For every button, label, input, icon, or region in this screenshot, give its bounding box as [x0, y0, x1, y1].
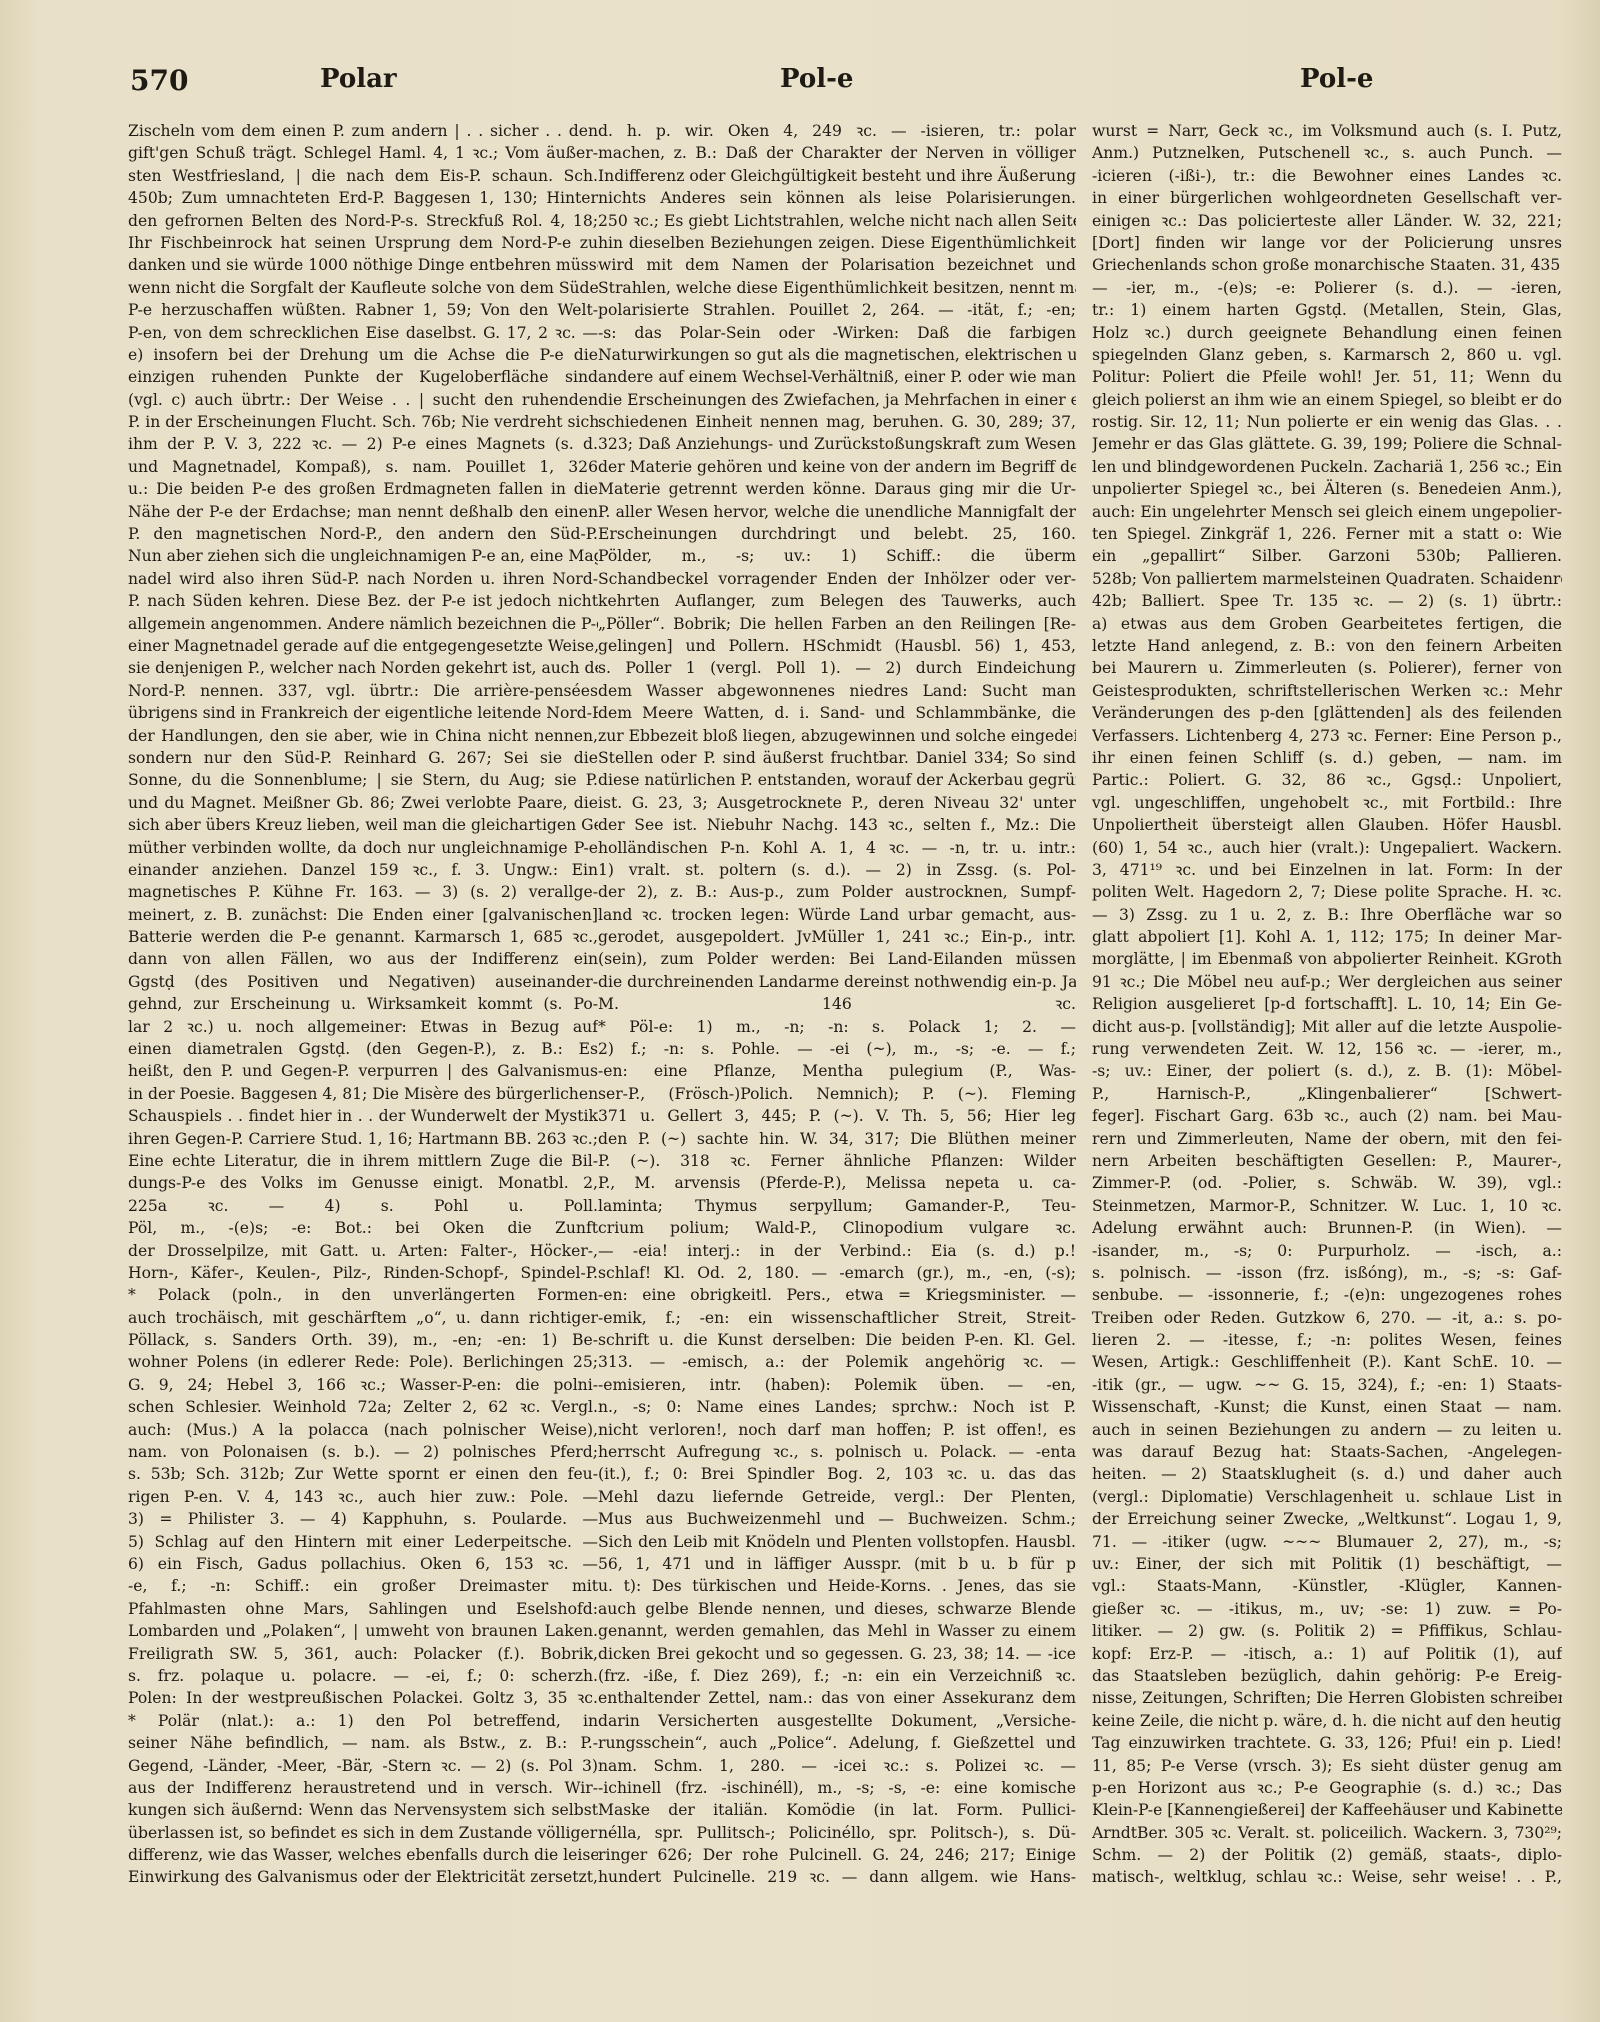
text-line: (sein), zum Polder werden: Bei Land-Eila… — [598, 948, 1076, 970]
text-line: müther verbinden wollte, da doch nur ung… — [128, 837, 598, 859]
text-line: Nord-P. nennen. 337, vgl. übrtr.: Die ar… — [128, 680, 598, 702]
text-line: gießer ꝛc. — -itikus, m., uv; -se: 1) zu… — [1092, 1598, 1562, 1620]
text-line: nam. von Polonaisen (s. b.). — 2) polnis… — [128, 1441, 598, 1463]
text-line: wenn nicht die Sorgfalt der Kaufleute so… — [128, 277, 598, 299]
text-line: ArndtBer. 305 ꝛc. Veralt. st. policeilic… — [1092, 1822, 1562, 1844]
text-line: laminta; Thymus serpyllum; Gamander-P., … — [598, 1195, 1076, 1217]
text-line: Pölder, m., -s; uv.: 1) Schiff.: die übe… — [598, 545, 1076, 567]
text-line: Partic.: Poliert. G. 32, 86 ꝛc., Ggsḍ.: … — [1092, 769, 1562, 791]
text-line: nélla, spr. Pullitsch-; Policinéllo, spr… — [598, 1822, 1076, 1844]
text-line: diese natürlichen P. entstanden, worauf … — [598, 769, 1076, 791]
text-line: u.: Die beiden P-e des großen Erdmagnete… — [128, 478, 598, 500]
text-line: Geistesprodukten, schriftstellerischen W… — [1092, 680, 1562, 702]
text-line: in einer bürgerlichen wohlgeordneten Ges… — [1092, 187, 1562, 209]
text-line: den gefrornen Belten des Nord-P-s. Strec… — [128, 210, 598, 232]
text-line: Zimmer-P. (od. -Polier, s. Schwäb. W. 39… — [1092, 1172, 1562, 1194]
text-line: nern Arbeiten beschäftigten Gesellen: P.… — [1092, 1150, 1562, 1172]
text-line: 371 u. Gellert 3, 445; P. (~). V. Th. 5,… — [598, 1105, 1076, 1127]
text-line: -e, f.; -n: Schiff.: ein großer Dreimast… — [128, 1575, 598, 1597]
text-line: 1) vralt. st. poltern (s. d.). — 2) in Z… — [598, 859, 1076, 881]
text-line: ein „gepallirt“ Silber. Garzoni 530b; Pa… — [1092, 545, 1562, 567]
text-line: auch trochäisch, mit geschärftem „o“, u.… — [128, 1307, 598, 1329]
text-line: ist. G. 23, 3; Ausgetrocknete P., deren … — [598, 792, 1076, 814]
text-line: Gegend, -Länder, -Meer, -Bär, -Stern ꝛc.… — [128, 1755, 598, 1777]
text-line: Naturwirkungen so gut als die magnetisch… — [598, 344, 1076, 366]
text-line: die Erscheinungen des Zwiefachen, ja Meh… — [598, 389, 1076, 411]
text-line: einzigen ruhenden Punkte der Kugeloberfl… — [128, 366, 598, 388]
text-line: heißt, den P. und Gegen-P. verpurren | d… — [128, 1060, 598, 1082]
text-line: machen, z. B.: Daß der Charakter der Ner… — [598, 142, 1076, 164]
text-line: polarisierte Strahlen. Pouillet 2, 264. … — [598, 299, 1076, 321]
text-line: s. polnisch. — -isson (frz. isßóng), m.,… — [1092, 1262, 1562, 1284]
text-line: -ichinell (frz. -ischinéll), m., -s; -s,… — [598, 1777, 1076, 1799]
text-line: -s: das Polar-Sein oder -Wirken: Daß die… — [598, 322, 1076, 344]
text-line: auch: (Mus.) A la polacca (nach polnisch… — [128, 1419, 598, 1441]
text-line: Einwirkung des Galvanismus oder der Elek… — [128, 1866, 598, 1888]
text-line: enthaltender Zettel, nam.: das von einer… — [598, 1687, 1076, 1709]
text-line: a) etwas aus dem Groben Gearbeitetes fer… — [1092, 613, 1562, 635]
text-line: kungen sich äußernd: Wenn das Nervensyst… — [128, 1799, 598, 1821]
text-line: e) insofern bei der Drehung um die Achse… — [128, 344, 598, 366]
text-line: bei Maurern u. Zimmerleuten (s. Polierer… — [1092, 657, 1562, 679]
text-line: nisse, Zeitungen, Schriften; Die Herren … — [1092, 1687, 1562, 1709]
text-line: 323; Daß Anziehungs- und Zurückstoßungsk… — [598, 433, 1076, 455]
column-left: Zischeln vom dem einen P. zum andern | .… — [128, 120, 598, 1889]
text-line: — -ier, m., -(e)s; -e: Polierer (s. d.).… — [1092, 277, 1562, 299]
text-line: überlassen ist, so befindet es sich in d… — [128, 1822, 598, 1844]
text-line: nichts Anderes sein können als leise Pol… — [598, 187, 1076, 209]
text-line: — -eia! interj.: in der Verbind.: Eia (s… — [598, 1240, 1076, 1262]
text-line: gerodet, ausgepoldert. JvMüller 1, 241 ꝛ… — [598, 926, 1076, 948]
page-header: 570 Polar Pol-e Pol-e — [130, 64, 1430, 104]
left-headword: Polar — [320, 64, 397, 94]
text-line: -itik (gr., — ugw. ~~ G. 15, 324), f.; -… — [1092, 1374, 1562, 1396]
text-line: nam. Schm. 1, 280. — -icei ꝛc.: s. Poliz… — [598, 1755, 1076, 1777]
text-line: P. in der Erscheinungen Flucht. Sch. 76b… — [128, 411, 598, 433]
text-line: P., Harnisch-P., „Klingenbalierer“ [Schw… — [1092, 1083, 1562, 1105]
text-line: auch gelbe Blende nennen, und dieses, sc… — [598, 1598, 1076, 1620]
text-line: übrigens sind in Frankreich der eigentli… — [128, 702, 598, 724]
text-line: 3, 471¹⁹ ꝛc. und bei Einzelnen in lat. F… — [1092, 859, 1562, 881]
text-line: wohner Polens (in edlerer Rede: Pole). B… — [128, 1351, 598, 1373]
text-line: schiedenen Einheit nennen mag, beruhen. … — [598, 411, 1076, 433]
text-line: die durchreinenden Landarme dereinst not… — [598, 971, 1076, 993]
text-line: 6) ein Fisch, Gadus pollachius. Oken 6, … — [128, 1553, 598, 1575]
text-line: sie denjenigen P., welcher nach Norden g… — [128, 657, 598, 679]
text-line: differenz, wie das Wasser, welches ebenf… — [128, 1844, 598, 1866]
text-line: P. nach Süden kehren. Diese Bez. der P-e… — [128, 590, 598, 612]
column-middle: d. h. p. wir. Oken 4, 249 ꝛc. — -isieren… — [598, 120, 1076, 1889]
text-line: P. (~). 318 ꝛc. Ferner ähnliche Pflanzen… — [598, 1150, 1076, 1172]
text-line: zur Ebbezeit bloß liegen, abzugewinnen u… — [598, 725, 1076, 747]
text-line: der Drosselpilze, mit Gatt. u. Arten: Fa… — [128, 1240, 598, 1262]
text-line: hin dieselben Beziehungen zeigen. Diese … — [598, 232, 1076, 254]
text-line: 313. — -emisch, a.: der Polemik angehöri… — [598, 1351, 1076, 1373]
text-line: lar 2 ꝛc.) u. noch allgemeiner: Etwas in… — [128, 1016, 598, 1038]
text-line: sondern nur den Süd-P. Reinhard G. 267; … — [128, 747, 598, 769]
text-line: (it.), f.; 0: Brei Spindler Bog. 2, 103 … — [598, 1463, 1076, 1485]
text-line: Jemehr er das Glas glättete. G. 39, 199;… — [1092, 433, 1562, 455]
text-line: Verfassers. Lichtenberg 4, 273 ꝛc. Ferne… — [1092, 725, 1562, 747]
text-line: P-e herzuschaffen wüßten. Rabner 1, 59; … — [128, 299, 598, 321]
text-line: Nun aber ziehen sich die ungleichnamigen… — [128, 545, 598, 567]
text-line: kopf: Erz-P. — -itisch, a.: 1) auf Polit… — [1092, 1643, 1562, 1665]
text-line: Horn-, Käfer-, Keulen-, Pilz-, Rinden-Sc… — [128, 1262, 598, 1284]
text-line: das Staatsleben bezüglich, dahin gehörig… — [1092, 1665, 1562, 1687]
text-line: Veränderungen des p-den [glättenden] als… — [1092, 702, 1562, 724]
text-line: rungsschein“, auch „Police“. Adelung, f.… — [598, 1732, 1076, 1754]
text-line: 5) Schlag auf den Hintern mit einer Lede… — [128, 1531, 598, 1553]
text-line: Schauspiels . . findet hier in . . der W… — [128, 1105, 598, 1127]
text-line: -icieren (-ißi-), tr.: die Bewohner eine… — [1092, 165, 1562, 187]
text-line: der Materie gehören und keine von der an… — [598, 456, 1076, 478]
text-line: n., -s; 0: Name eines Landes; sprchw.: N… — [598, 1396, 1076, 1418]
text-line: dem Meere Watten, d. i. Sand- und Schlam… — [598, 702, 1076, 724]
text-line: (vergl.: Diplomatie) Verschlagenheit u. … — [1092, 1486, 1562, 1508]
text-line: litiker. — 2) gw. (s. Politik 2) = Pfiff… — [1092, 1620, 1562, 1642]
text-line: p-en Horizont aus ꝛc.; P-e Geographie (s… — [1092, 1777, 1562, 1799]
text-line: Unpoliertheit übersteigt allen Glauben. … — [1092, 814, 1562, 836]
text-line: Nähe der P-e der Erdachse; man nennt deß… — [128, 501, 598, 523]
text-line: genannt, werden gemahlen, das Mehl in Wa… — [598, 1620, 1076, 1642]
text-line: P., M. arvensis (Pferde-P.), Melissa nep… — [598, 1172, 1076, 1194]
center-headword: Pol-e — [780, 64, 853, 94]
column-right: wurst = Narr, Geck ꝛc., im Volksmund auc… — [1092, 120, 1562, 1889]
text-line: kehrten Auflanger, zum Belegen des Tauwe… — [598, 590, 1076, 612]
text-line: Erscheinungen durchdringt und belebt. 25… — [598, 523, 1076, 545]
text-line: crium polium; Wald-P., Clinopodium vulga… — [598, 1217, 1076, 1239]
dictionary-page: 570 Polar Pol-e Pol-e Zischeln vom dem e… — [0, 0, 1600, 2022]
text-line: in der Poesie. Baggesen 4, 81; Die Misèr… — [128, 1083, 598, 1105]
text-line: -en: eine Pflanze, Mentha pulegium (P., … — [598, 1060, 1076, 1082]
text-line: s. frz. polaque u. polacre. — -ei, f.; 0… — [128, 1665, 598, 1687]
text-line: ihren Gegen-P. Carriere Stud. 1, 16; Har… — [128, 1128, 598, 1150]
text-line: Batterie werden die P-e genannt. Karmars… — [128, 926, 598, 948]
text-line: der 2), z. B.: Aus-p., zum Polder austro… — [598, 881, 1076, 903]
text-line: feger]. Fischart Garg. 63b ꝛc., auch (2)… — [1092, 1105, 1562, 1127]
text-line: Klein-P-e [Kannengießerei] der Kaffeehäu… — [1092, 1799, 1562, 1821]
text-line: der See ist. Niebuhr Nachg. 143 ꝛc., sel… — [598, 814, 1076, 836]
text-line: * Pöl-e: 1) m., -n; -n: s. Polack 1; 2. … — [598, 1016, 1076, 1038]
text-line: aus der Indifferenz heraustretend und in… — [128, 1777, 598, 1799]
text-line: nicht verloren!, noch darf man hoffen; P… — [598, 1419, 1076, 1441]
text-line: ten Spiegel. Zinkgräf 1, 226. Ferner mit… — [1092, 523, 1562, 545]
text-line: Pöllack, s. Sanders Orth. 39), m., -en; … — [128, 1329, 598, 1351]
text-line: Pfahlmasten ohne Mars, Sahlingen und Ese… — [128, 1598, 598, 1620]
text-line: (60) 1, 54 ꝛc., auch hier (vralt.): Unge… — [1092, 837, 1562, 859]
text-line: Tag einzuwirken trachtete. G. 33, 126; P… — [1092, 1732, 1562, 1754]
text-line: und du Magnet. Meißner Gb. 86; Zwei verl… — [128, 792, 598, 814]
text-line: einen diametralen Ggstḍ. (den Gegen-P.),… — [128, 1038, 598, 1060]
text-line: Indifferenz oder Gleichgültigkeit besteh… — [598, 165, 1076, 187]
text-line: 71. — -itiker (ugw. ~~~ Blumauer 2, 27),… — [1092, 1531, 1562, 1553]
text-line: sich aber übers Kreuz lieben, weil man d… — [128, 814, 598, 836]
text-line: morglätte, | im Ebenmaß von abpolierter … — [1092, 948, 1562, 970]
text-line: 11, 85; P-e Verse (vrsch. 3); Es sieht d… — [1092, 1755, 1562, 1777]
text-line: der Erreichung seiner Zwecke, „Weltkunst… — [1092, 1508, 1562, 1530]
text-line: 91 ꝛc.; Die Möbel neu auf-p.; Wer dergle… — [1092, 971, 1562, 993]
text-line: Eine echte Literatur, die in ihrem mittl… — [128, 1150, 598, 1172]
text-line: magnetisches P. Kühne Fr. 163. — 3) (s. … — [128, 881, 598, 903]
text-line: ihr einen feinen Schliff (s. d.) geben, … — [1092, 747, 1562, 769]
text-line: ringer 626; Der rohe Pulcinell. G. 24, 2… — [598, 1844, 1076, 1866]
text-line: ser-P., (Frösch-)Polich. Nemnich); P. (~… — [598, 1083, 1076, 1105]
text-line: Wesen, Artigk.: Geschliffenheit (P.). Ka… — [1092, 1351, 1562, 1373]
text-line: gleich polierst an ihm wie an einem Spie… — [1092, 389, 1562, 411]
text-line: ihm der P. V. 3, 222 ꝛc. — 2) P-e eines … — [128, 433, 598, 455]
text-line: keine Zeile, die nicht p. wäre, d. h. di… — [1092, 1710, 1562, 1732]
text-line: nadel wird also ihren Süd-P. nach Norden… — [128, 568, 598, 590]
text-line: Polen: In der westpreußischen Polackei. … — [128, 1687, 598, 1709]
text-line: Steinmetzen, Marmor-P., Schnitzer. W. Lu… — [1092, 1195, 1562, 1217]
text-line: Sonne, du die Sonnenblume; | sie Stern, … — [128, 769, 598, 791]
text-line: 56, 1, 471 und in läffiger Ausspr. (mit … — [598, 1553, 1076, 1575]
text-line: tr.: 1) einem harten Ggstḍ. (Metallen, S… — [1092, 299, 1562, 321]
text-line: 528b; Von palliertem marmelsteinen Quadr… — [1092, 568, 1562, 590]
text-line: rung verwendeten Zeit. W. 12, 156 ꝛc. — … — [1092, 1038, 1562, 1060]
text-line: u. t): Des türkischen und Heide-Korns. .… — [598, 1575, 1076, 1597]
text-line: senbube. — -issonnerie, f.; -(e)n: ungez… — [1092, 1284, 1562, 1306]
text-line: 250 ꝛc.; Es giebt Lichtstrahlen, welche … — [598, 210, 1076, 232]
text-line: matisch-, weltklug, schlau ꝛc.: Weise, s… — [1092, 1866, 1562, 1888]
text-line: Materie getrennt werden könne. Daraus gi… — [598, 478, 1076, 500]
text-line: Holz ꝛc.) durch geeignete Behandlung ein… — [1092, 322, 1562, 344]
text-line: hundert Pulcinelle. 219 ꝛc. — dann allge… — [598, 1866, 1076, 1888]
text-line: dem Wasser abgewonnenes niedres Land: Su… — [598, 680, 1076, 702]
text-line: Griechenlands schon große monarchische S… — [1092, 254, 1562, 276]
text-line: Religion ausgelieret [p-d fortschafft]. … — [1092, 993, 1562, 1015]
text-line: 42b; Balliert. Spee Tr. 135 ꝛc. — 2) (s.… — [1092, 590, 1562, 612]
text-line: s. 53b; Sch. 312b; Zur Wette spornt er e… — [128, 1463, 598, 1485]
text-line: allgemein angenommen. Andere nämlich bez… — [128, 613, 598, 635]
text-line: auch in seinen Beziehungen zu andern — z… — [1092, 1419, 1562, 1441]
text-line: dungs-P-e des Volks im Genusse einigt. M… — [128, 1172, 598, 1194]
page-number: 570 — [130, 64, 188, 97]
text-line: Freiligrath SW. 5, 361, auch: Polacker (… — [128, 1643, 598, 1665]
text-line: len und blindgewordenen Puckeln. Zachari… — [1092, 456, 1562, 478]
text-line: rostig. Sir. 12, 11; Nun polierte er ein… — [1092, 411, 1562, 433]
text-line: land ꝛc. trocken legen: Würde Land urbar… — [598, 904, 1076, 926]
text-line: Mus aus Buchweizenmehl und — Buchweizen.… — [598, 1508, 1076, 1530]
text-line: d. h. p. wir. Oken 4, 249 ꝛc. — -isieren… — [598, 120, 1076, 142]
text-line: Politur: Poliert die Pfeile wohl! Jer. 5… — [1092, 366, 1562, 388]
text-line: s. Poller 1 (vergl. Poll 1). — 2) durch … — [598, 657, 1076, 679]
text-line: dicht aus-p. [vollständig]; Mit aller au… — [1092, 1016, 1562, 1038]
text-line: andere auf einem Wechsel-Verhältniß, ein… — [598, 366, 1076, 388]
text-line: letzte Hand anlegend, z. B.: von den fei… — [1092, 635, 1562, 657]
text-line: Sich den Leib mit Knödeln und Plenten vo… — [598, 1531, 1076, 1553]
text-line: Strahlen, welche diese Eigenthümlichkeit… — [598, 277, 1076, 299]
text-line: politen Welt. Hagedorn 2, 7; Diese polit… — [1092, 881, 1562, 903]
text-line: gift'gen Schuß trägt. Schlegel Haml. 4, … — [128, 142, 598, 164]
text-line: seiner Nähe befindlich, — nam. als Bstw.… — [128, 1732, 598, 1754]
text-line: meinert, z. B. zunächst: Die Enden einer… — [128, 904, 598, 926]
text-line: -en: eine obrigkeitl. Pers., etwa = Krie… — [598, 1284, 1076, 1306]
text-line: -emisieren, intr. (haben): Polemik üben.… — [598, 1374, 1076, 1396]
text-line: auch: Ein ungelehrter Mensch sei gleich … — [1092, 501, 1562, 523]
text-line: Schm. — 2) der Politik (2) gemäß, staats… — [1092, 1844, 1562, 1866]
text-line: G. 9, 24; Hebel 3, 166 ꝛc.; Wasser-P-en:… — [128, 1374, 598, 1396]
text-line: Lombarden und „Polaken“, | umweht von br… — [128, 1620, 598, 1642]
text-line: uv.: Einer, der sich mit Politik (1) bes… — [1092, 1553, 1562, 1575]
text-line: * Polär (nlat.): a.: 1) den Pol betreffe… — [128, 1710, 598, 1732]
text-line: -isander, m., -s; 0: Purpurholz. — -isch… — [1092, 1240, 1562, 1262]
text-line: rigen P-en. V. 4, 143 ꝛc., auch hier zuw… — [128, 1486, 598, 1508]
text-line: 3) = Philister 3. — 4) Kapphuhn, s. Poul… — [128, 1508, 598, 1530]
text-line: -emik, f.; -en: ein wissenschaftlicher S… — [598, 1307, 1076, 1329]
text-line: danken und sie würde 1000 nöthige Dinge … — [128, 254, 598, 276]
text-line: den P. (~) sachte hin. W. 34, 317; Die B… — [598, 1128, 1076, 1150]
text-line: gehnd, zur Erscheinung u. Wirksamkeit ko… — [128, 993, 598, 1015]
text-line: Mehl dazu liefernde Getreide, vergl.: De… — [598, 1486, 1076, 1508]
text-line: Treiben oder Reden. Gutzkow 6, 270. — -i… — [1092, 1307, 1562, 1329]
text-line: Ihr Fischbeinrock hat seinen Ursprung de… — [128, 232, 598, 254]
text-line: heiten. — 2) Staatsklugheit (s. d.) und … — [1092, 1463, 1562, 1485]
text-line: 2) f.; -n: s. Pohle. — -ei (~), m., -s; … — [598, 1038, 1076, 1060]
text-line: holländischen P-n. Kohl A. 1, 4 ꝛc. — -n… — [598, 837, 1076, 859]
text-line: P. den magnetischen Nord-P., den andern … — [128, 523, 598, 545]
text-line: M. 146 ꝛc. — [598, 993, 1076, 1015]
text-line: darin Versicherten ausgestellte Dokument… — [598, 1710, 1076, 1732]
text-line: [Dort] finden wir lange vor der Policier… — [1092, 232, 1562, 254]
text-line: wird mit dem Namen der Polarisation beze… — [598, 254, 1076, 276]
text-line: Adelung erwähnt auch: Brunnen-P. (in Wie… — [1092, 1217, 1562, 1239]
text-line: schlaf! Kl. Od. 2, 180. — -emarch (gr.),… — [598, 1262, 1076, 1284]
text-line: spiegelnden Glanz geben, s. Karmarsch 2,… — [1092, 344, 1562, 366]
text-line: wurst = Narr, Geck ꝛc., im Volksmund auc… — [1092, 120, 1562, 142]
text-line: schen Schlesier. Weinhold 72a; Zelter 2,… — [128, 1396, 598, 1418]
text-line: dicken Brei gekocht und so gegessen. G. … — [598, 1643, 1076, 1665]
text-line: * Polack (poln., in den unverlängerten F… — [128, 1284, 598, 1306]
text-line: P. aller Wesen hervor, welche die unendl… — [598, 501, 1076, 523]
text-line: gelingen] und Pollern. HSchmidt (Hausbl.… — [598, 635, 1076, 657]
text-line: vgl. ungeschliffen, ungehobelt ꝛc., mit … — [1092, 792, 1562, 814]
text-line: (vgl. c) auch übrtr.: Der Weise . . | su… — [128, 389, 598, 411]
text-line: schrift u. die Kunst derselben: Die beid… — [598, 1329, 1076, 1351]
text-line: glatt abpoliert [1]. Kohl A. 1, 112; 175… — [1092, 926, 1562, 948]
text-line: lieren 2. — -itesse, f.; -n: polites Wes… — [1092, 1329, 1562, 1351]
text-line: was darauf Bezug hat: Staats-Sachen, -An… — [1092, 1441, 1562, 1463]
text-line: Maske der italiän. Komödie (in lat. Form… — [598, 1799, 1076, 1821]
text-line: Stellen oder P. sind äußerst fruchtbar. … — [598, 747, 1076, 769]
text-line: P-en, von dem schrecklichen Eise daselbs… — [128, 322, 598, 344]
text-line: einigen ꝛc.: Das policierteste aller Län… — [1092, 210, 1562, 232]
text-line: unpolierter Spiegel ꝛc., bei Älteren (s.… — [1092, 478, 1562, 500]
text-line: der Handlungen, den sie aber, wie in Chi… — [128, 725, 598, 747]
text-line: Zischeln vom dem einen P. zum andern | .… — [128, 120, 598, 142]
text-line: einander anziehen. Danzel 159 ꝛc., f. 3.… — [128, 859, 598, 881]
text-line: dann von allen Fällen, wo aus der Indiff… — [128, 948, 598, 970]
text-line: vgl.: Staats-Mann, -Künstler, -Klügler, … — [1092, 1575, 1562, 1597]
text-line: Pöl, m., -(e)s; -e: Bot.: bei Oken die Z… — [128, 1217, 598, 1239]
text-line: einer Magnetnadel gerade auf die entgege… — [128, 635, 598, 657]
text-line: 225a ꝛc. — 4) s. Pohl u. Poll. — [128, 1195, 598, 1217]
text-line: — 3) Zssg. zu 1 u. 2, z. B.: Ihre Oberfl… — [1092, 904, 1562, 926]
text-line: Anm.) Putznelken, Putschenell ꝛc., s. au… — [1092, 142, 1562, 164]
right-headword: Pol-e — [1300, 64, 1373, 94]
text-line: herrscht Aufregung ꝛc., s. polnisch u. P… — [598, 1441, 1076, 1463]
text-line: (frz. -iße, f. Diez 269), f.; -n: ein ei… — [598, 1665, 1076, 1687]
text-line: rern und Zimmerleuten, Name der obern, m… — [1092, 1128, 1562, 1150]
text-line: sten Westfriesland, | die nach dem Eis-P… — [128, 165, 598, 187]
text-line: Wissenschaft, -Kunst; die Kunst, einen S… — [1092, 1396, 1562, 1418]
text-line: Ggstḍ (des Positiven und Negativen) ause… — [128, 971, 598, 993]
text-line: Schandbeckel vorragender Enden der Inhöl… — [598, 568, 1076, 590]
text-line: „Pöller“. Bobrik; Die hellen Farben an d… — [598, 613, 1076, 635]
text-line: -s; uv.: Einer, der poliert (s. d.), z. … — [1092, 1060, 1562, 1082]
text-line: und Magnetnadel, Kompaß), s. nam. Pouill… — [128, 456, 598, 478]
text-line: 450b; Zum umnachteten Erd-P. Baggesen 1,… — [128, 187, 598, 209]
